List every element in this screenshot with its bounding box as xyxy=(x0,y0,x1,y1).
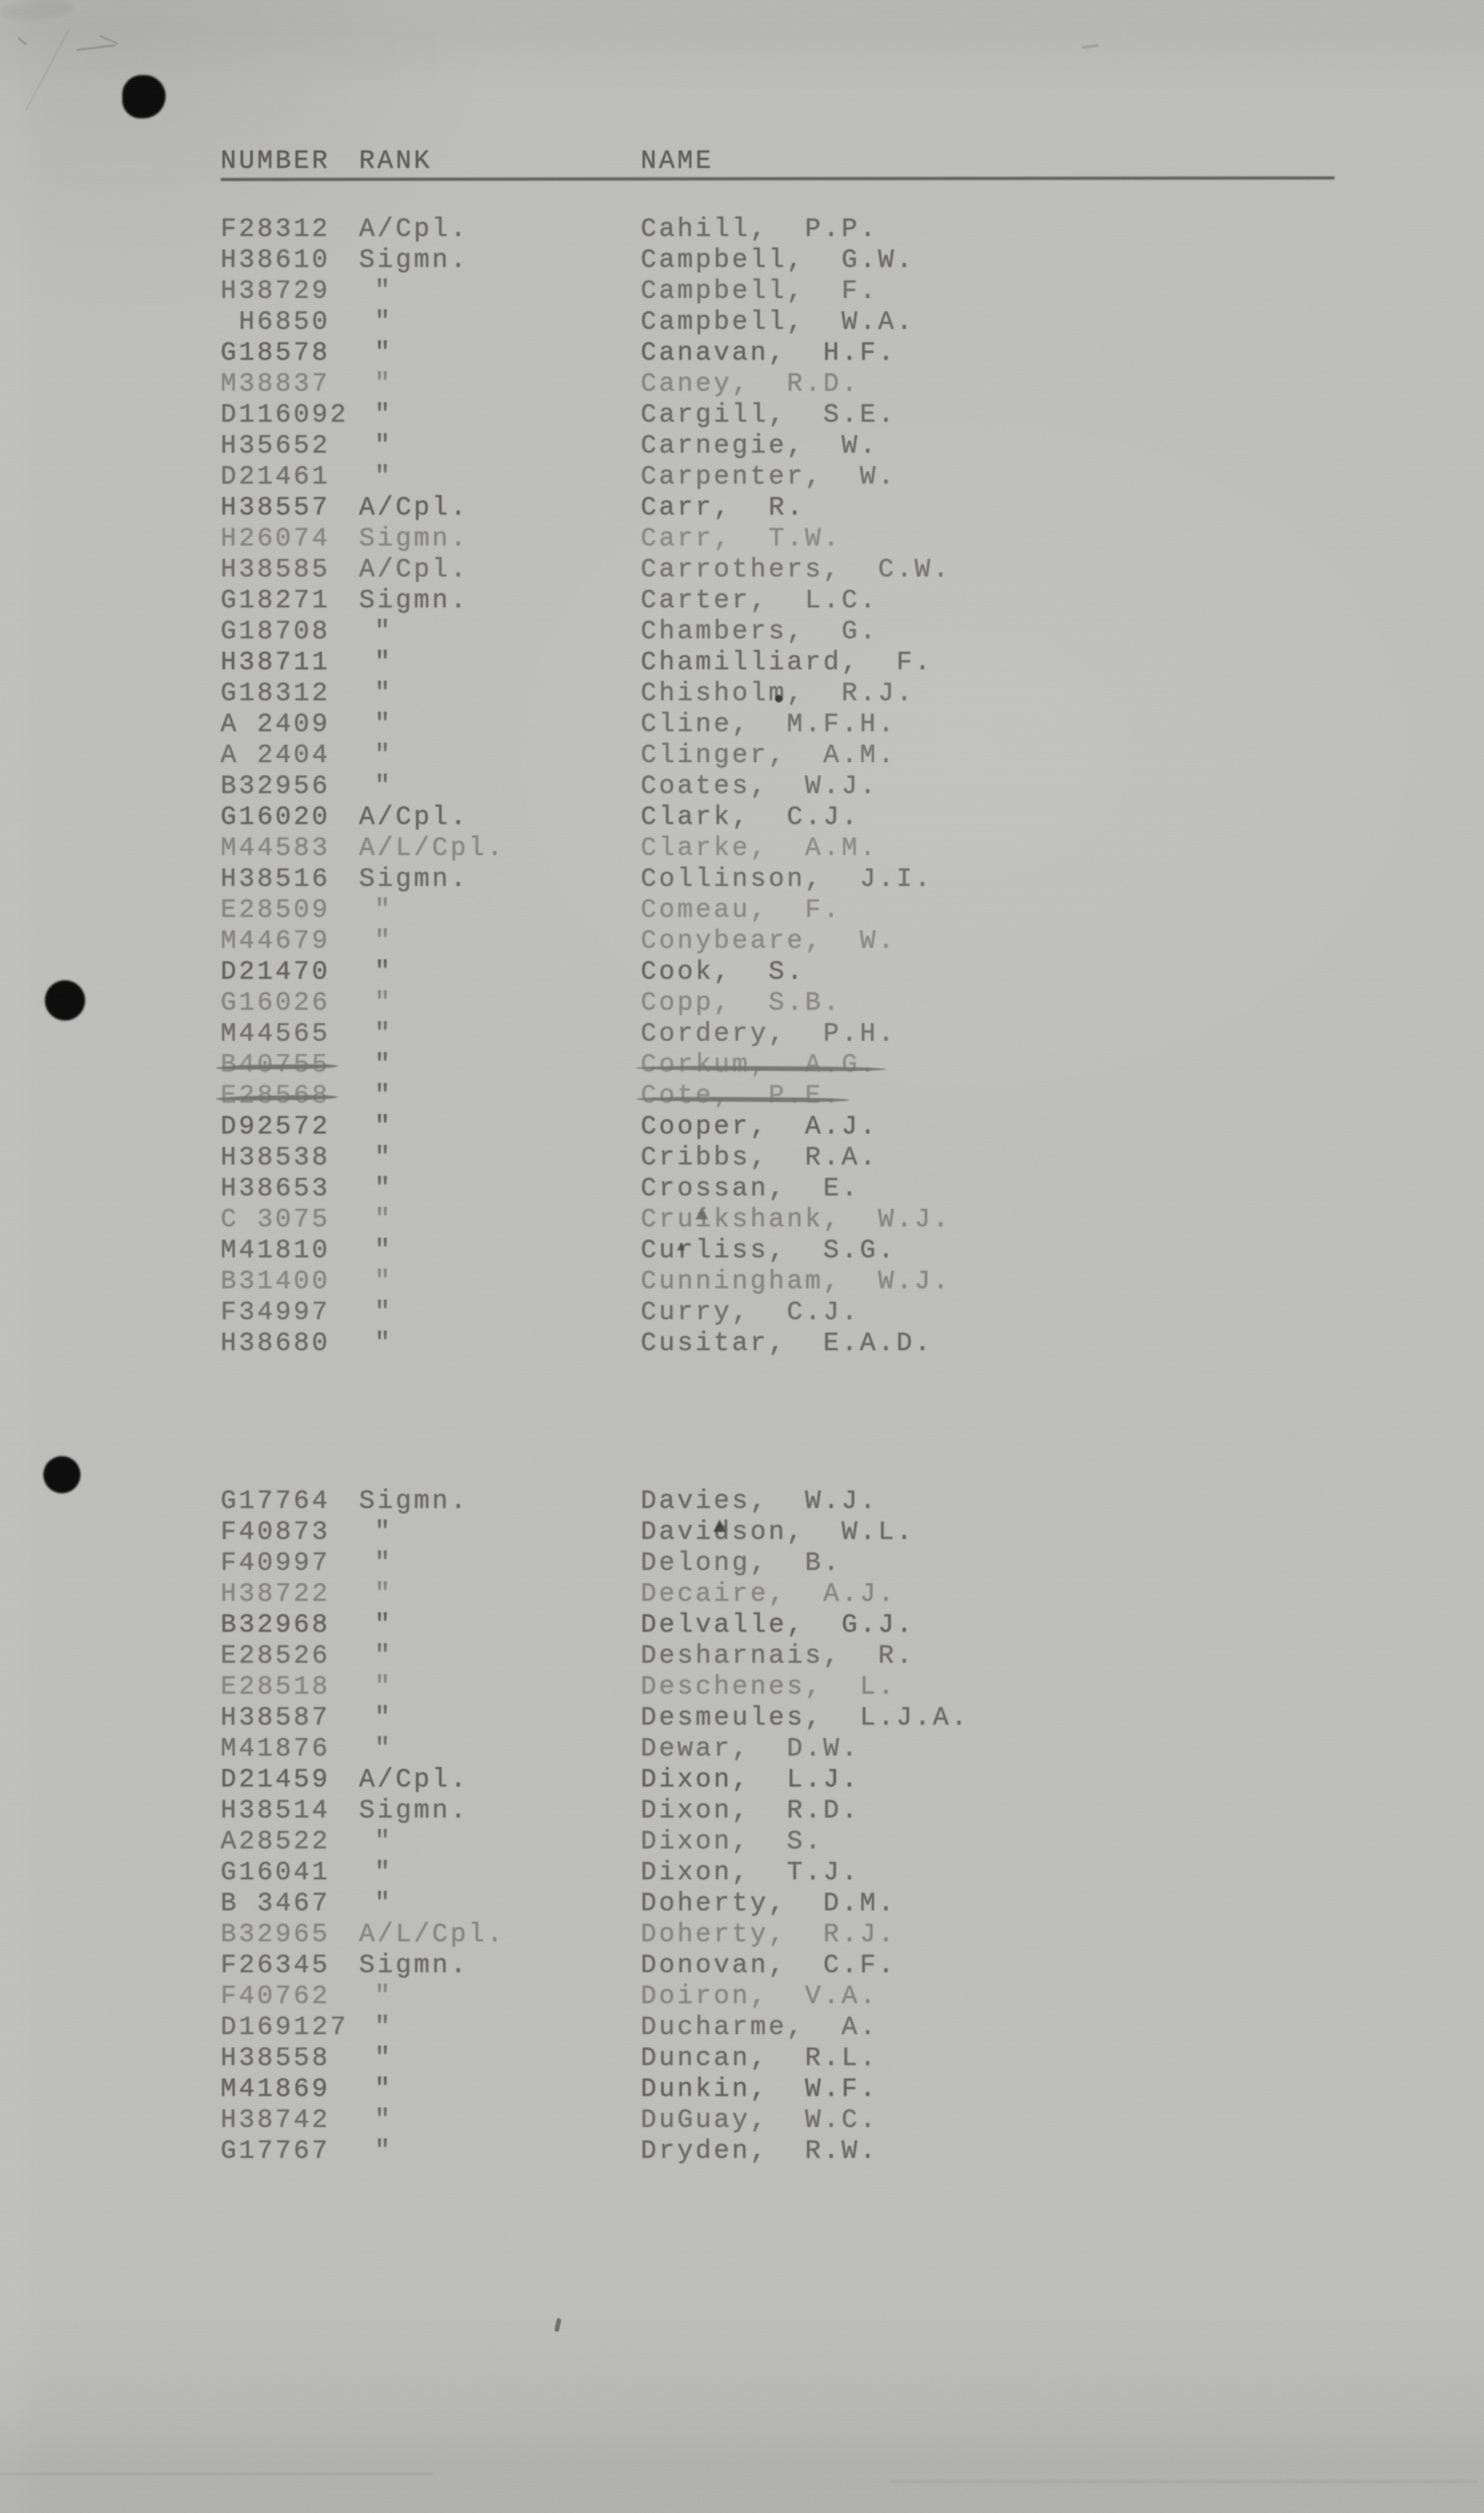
paper-grain xyxy=(0,0,1484,2513)
scanned-page: NUMBER RANK NAME F28312 A/Cpl. Cahill, P… xyxy=(0,0,1484,20)
